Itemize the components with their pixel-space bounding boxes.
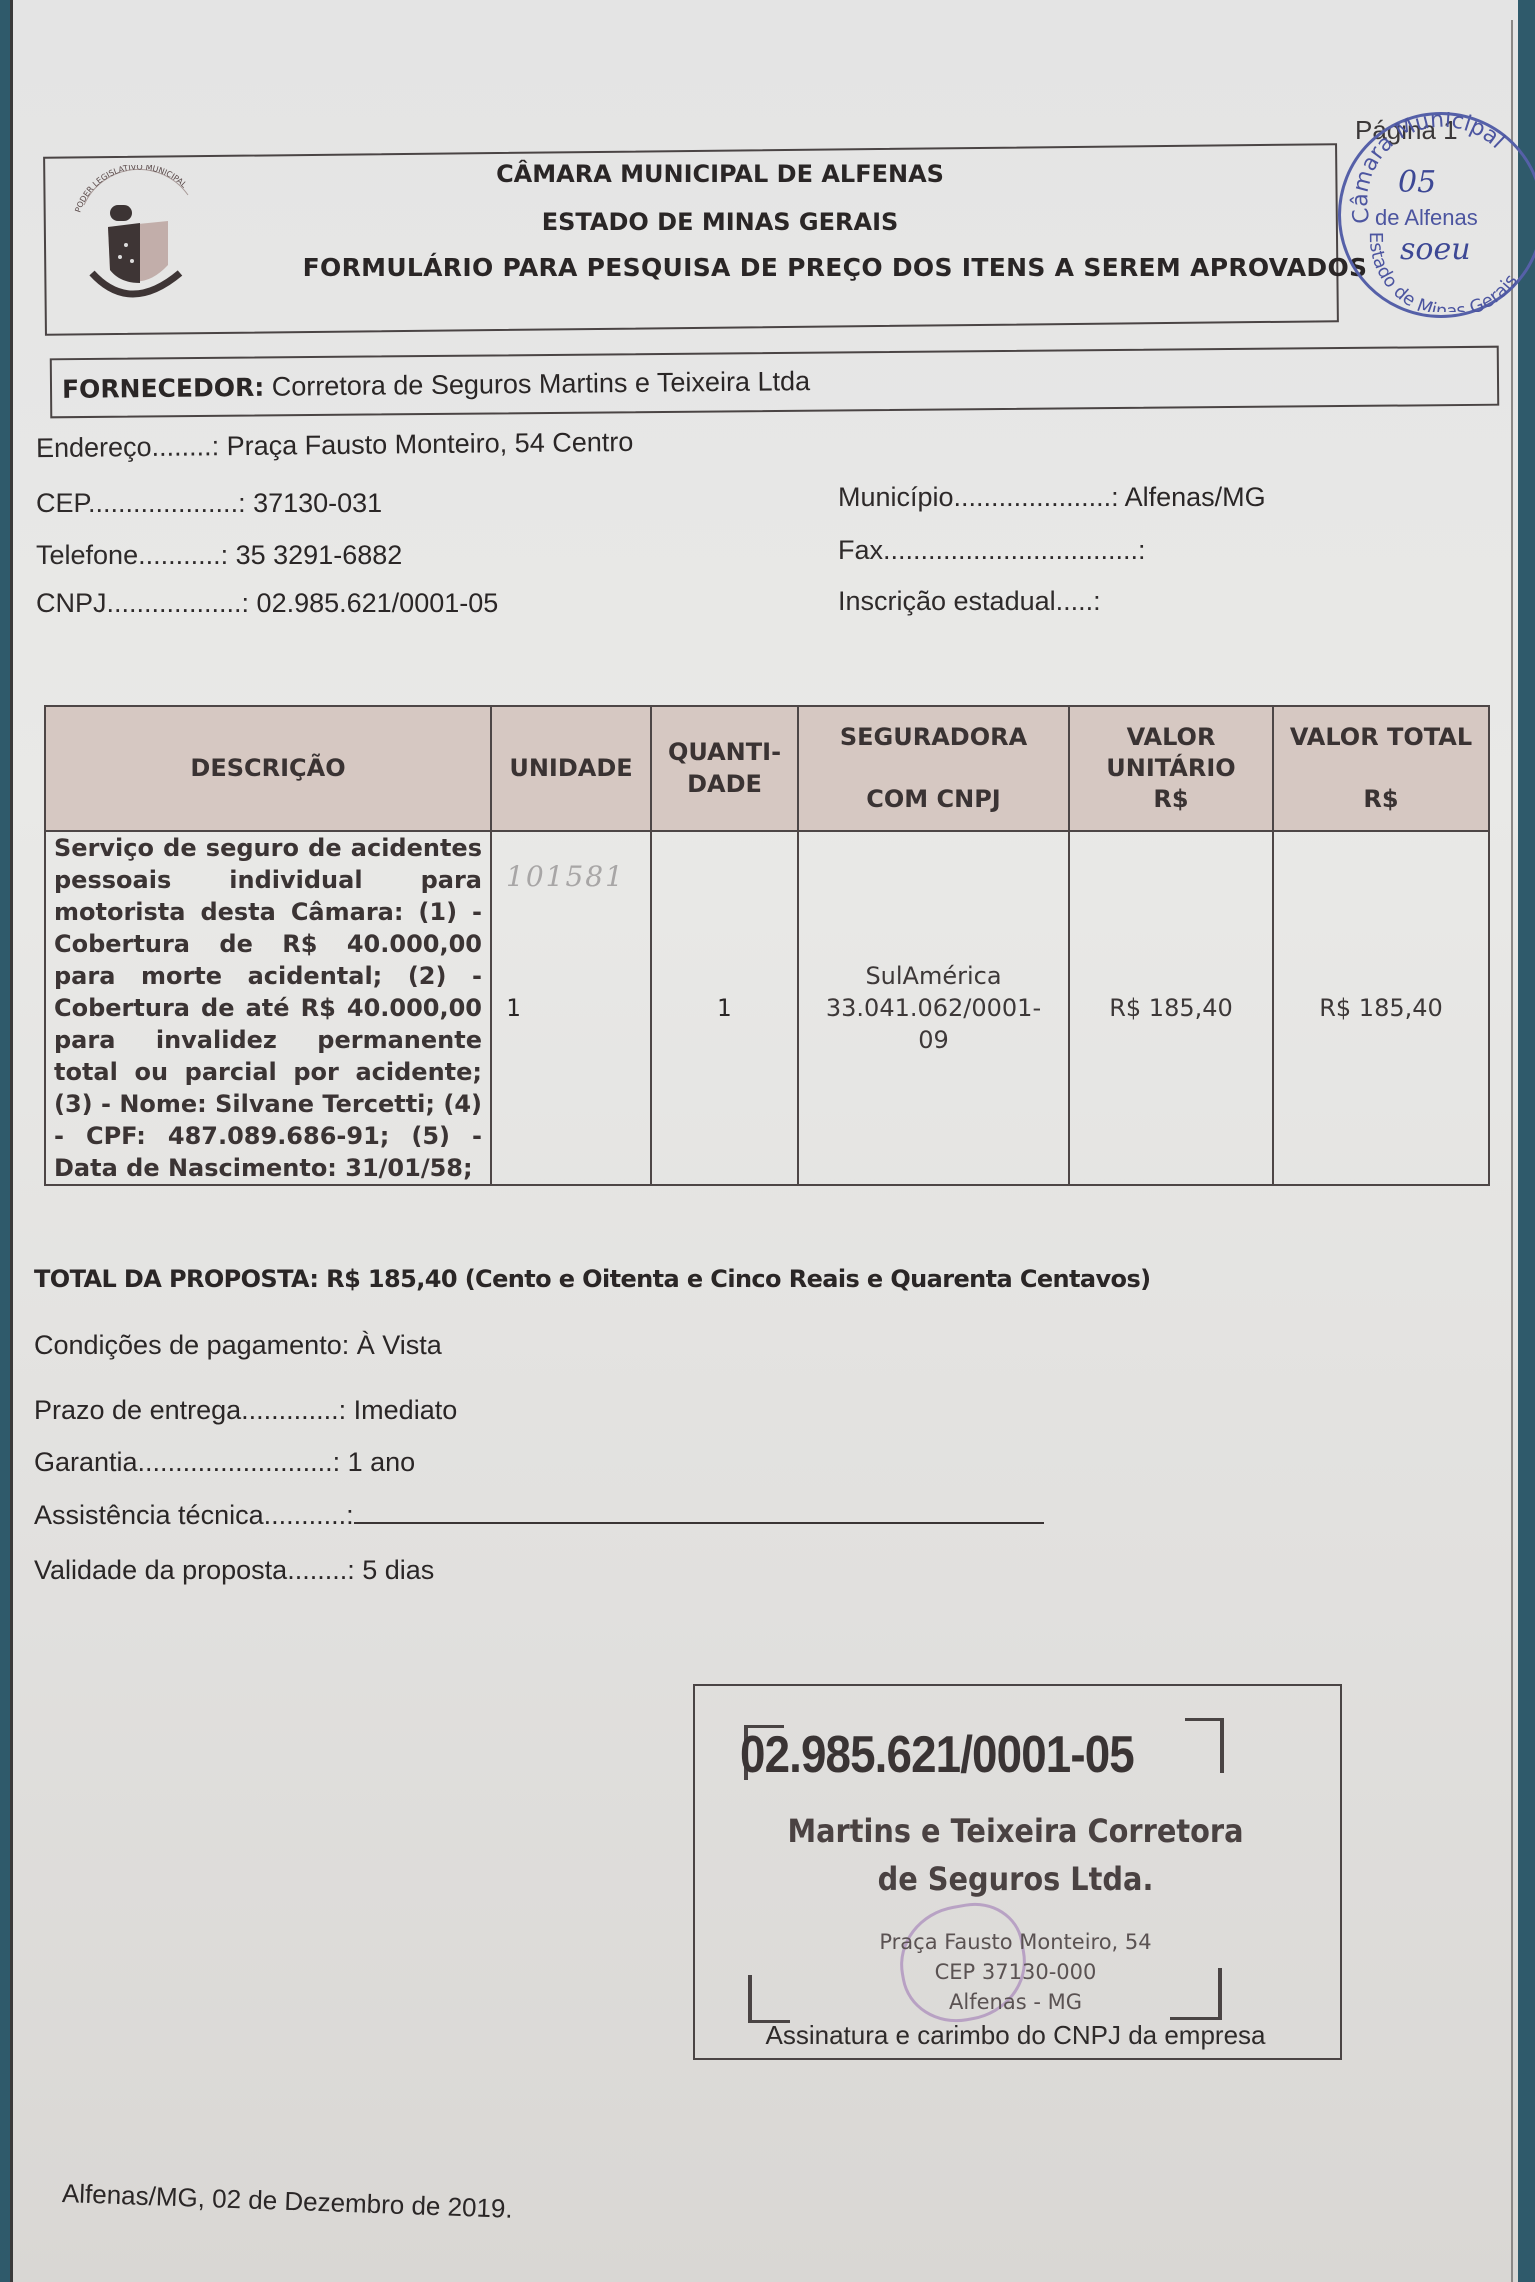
field-fax: Fax..................................: (838, 535, 1146, 566)
header-title: CÂMARA MUNICIPAL DE ALFENAS (220, 160, 1220, 188)
seal-text: PODER LEGISLATIVO MUNICIPAL (73, 165, 188, 214)
proposal-validity: Validade da proposta........: 5 dias (34, 1555, 434, 1586)
field-address: Endereço........: Praça Fausto Monteiro,… (36, 427, 634, 464)
company-stamp-address: Praça Fausto Monteiro, 54 (693, 1930, 1338, 1954)
company-stamp-cep: CEP 37130-000 (693, 1960, 1338, 1984)
supplier-label: FORNECEDOR: (62, 373, 265, 404)
warranty: Garantia..........................: 1 an… (34, 1447, 415, 1478)
svg-text:PODER LEGISLATIVO MUNICIPAL: PODER LEGISLATIVO MUNICIPAL (73, 165, 188, 214)
company-stamp-city: Alfenas - MG (693, 1990, 1338, 2014)
delivery-term: Prazo de entrega.............: Imediato (34, 1395, 457, 1426)
field-municipality: Município.....................: Alfenas/… (838, 482, 1266, 513)
protocol-number: 05 (1398, 165, 1436, 200)
items-table: DESCRIÇÃO UNIDADE QUANTI- DADE SEGURADOR… (44, 705, 1490, 1186)
company-stamp-name: Martins e Teixeira Corretora (725, 1812, 1306, 1850)
column-header-quantity: QUANTI- DADE (651, 706, 798, 831)
signature-caption: Assinatura e carimbo do CNPJ da empresa (693, 2020, 1338, 2051)
proposal-total: TOTAL DA PROPOSTA: R$ 185,40 (Cento e Oi… (34, 1265, 1151, 1293)
table-header-row: DESCRIÇÃO UNIDADE QUANTI- DADE SEGURADOR… (45, 706, 1489, 831)
protocol-initials: soeu (1400, 232, 1471, 267)
insurer-cnpj: 33.041.062/0001- 09 (800, 992, 1067, 1056)
field-phone: Telefone...........: 35 3291-6882 (36, 540, 402, 571)
technical-assistance-blank (354, 1502, 1044, 1524)
form-title: FORMULÁRIO PARA PESQUISA DE PREÇO DOS IT… (200, 253, 1470, 282)
cell-unit: 101581 1 (491, 831, 651, 1185)
cell-unit-value: R$ 185,40 (1069, 831, 1273, 1185)
column-header-total-value: VALOR TOTAL R$ (1273, 706, 1489, 831)
table-row: Serviço de seguro de acidentes pessoais … (45, 831, 1489, 1185)
column-header-description: DESCRIÇÃO (45, 706, 491, 831)
cell-insurer: SulAmérica 33.041.062/0001- 09 (798, 831, 1069, 1185)
stamp-bracket (1220, 1718, 1224, 1773)
column-header-unit: UNIDADE (491, 706, 651, 831)
company-stamp-name-2: de Seguros Ltda. (725, 1860, 1306, 1898)
pencil-note: 101581 (506, 860, 625, 893)
page-edge (1511, 20, 1513, 2282)
column-header-unit-value: VALOR UNITÁRIO R$ (1069, 706, 1273, 831)
insurer-name: SulAmérica (800, 960, 1067, 992)
protocol-city: de Alfenas (1375, 205, 1478, 231)
field-state-registration: Inscrição estadual.....: (838, 586, 1101, 617)
company-stamp-cnpj: 02.985.621/0001-05 (740, 1725, 1134, 1785)
field-cep: CEP....................: 37130-031 (36, 488, 382, 519)
technical-assistance: Assistência técnica...........: (34, 1500, 1044, 1531)
field-cnpj: CNPJ..................: 02.985.621/0001-… (36, 588, 498, 619)
municipal-seal-icon: PODER LEGISLATIVO MUNICIPAL (70, 165, 210, 315)
cell-total-value: R$ 185,40 (1273, 831, 1489, 1185)
column-header-insurer: SEGURADORA COM CNPJ (798, 706, 1069, 831)
stamp-bracket (1185, 1718, 1223, 1721)
supplier-name: Corretora de Seguros Martins e Teixeira … (272, 366, 811, 402)
cell-quantity: 1 (651, 831, 798, 1185)
payment-conditions: Condições de pagamento: À Vista (34, 1330, 442, 1361)
cell-description: Serviço de seguro de acidentes pessoais … (45, 831, 491, 1185)
header-state: ESTADO DE MINAS GERAIS (220, 208, 1220, 236)
